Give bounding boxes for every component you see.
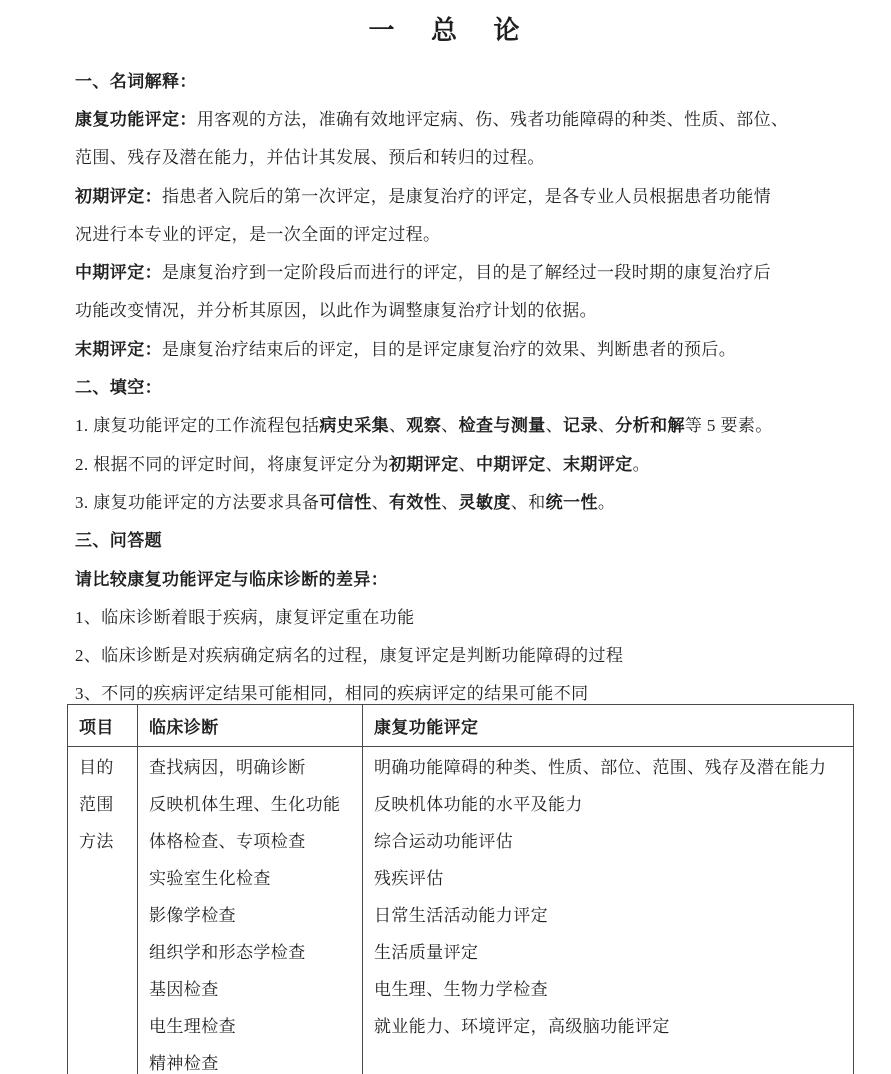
bold-text-segment: 二、填空： <box>75 373 162 398</box>
cell-rehab-assessment: 明确功能障碍的种类、性质、部位、范围、残存及潜在能力 <box>363 747 854 784</box>
document-page: 一 总 论 一、名词解释：康复功能评定：用客观的方法，准确有效地评定病、伤、残者… <box>0 0 891 1074</box>
text-segment: 3、不同的疾病评定结果可能相同，相同的疾病评定的结果可能不同 <box>75 679 589 704</box>
cell-clinical-diagnosis: 影像学检查 <box>138 895 363 932</box>
table-row: 方法体格检查、专项检查综合运动功能评估 <box>68 821 854 858</box>
bold-text-segment: 末期评定 <box>563 450 633 475</box>
bold-text-segment: 灵敏度 <box>459 488 511 513</box>
text-segment: 。 <box>633 450 650 475</box>
cell-rehab-assessment: 反映机体功能的水平及能力 <box>363 784 854 821</box>
cell-item <box>68 1043 138 1074</box>
table-row: 目的查找病因，明确诊断明确功能障碍的种类、性质、部位、范围、残存及潜在能力 <box>68 747 854 784</box>
cell-item: 范围 <box>68 784 138 821</box>
cell-rehab-assessment: 电生理、生物力学检查 <box>363 969 854 1006</box>
bold-text-segment: 三、问答题 <box>75 526 162 551</box>
para-interim-assessment-line1: 中期评定：是康复治疗到一定阶段后而进行的评定，目的是了解经过一段时期的康复治疗后 <box>0 251 891 289</box>
para-rehab-assessment-def-line1: 康复功能评定：用客观的方法，准确有效地评定病、伤、残者功能障碍的种类、性质、部位… <box>0 98 891 136</box>
cell-item: 方法 <box>68 821 138 858</box>
table-row: 精神检查 <box>68 1043 854 1074</box>
text-segment: 、 <box>546 450 563 475</box>
bold-text-segment: 中期评定 <box>476 450 546 475</box>
text-segment: 、和 <box>511 488 546 513</box>
bold-text-segment: 初期评定： <box>75 182 162 207</box>
table-row: 实验室生化检查残疾评估 <box>68 858 854 895</box>
table-row: 范围反映机体生理、生化功能反映机体功能的水平及能力 <box>68 784 854 821</box>
cell-rehab-assessment: 就业能力、环境评定，高级脑功能评定 <box>363 1006 854 1043</box>
text-segment: 1、临床诊断着眼于疾病，康复评定重在功能 <box>75 603 415 628</box>
qa-answer-1: 1、临床诊断着眼于疾病，康复评定重在功能 <box>0 596 891 634</box>
text-segment: 、 <box>598 411 615 436</box>
bold-text-segment: 中期评定： <box>75 258 162 283</box>
cell-clinical-diagnosis: 实验室生化检查 <box>138 858 363 895</box>
table-header-cell: 项目 <box>68 705 138 747</box>
para-initial-assessment-line1: 初期评定：指患者入院后的第一次评定，是康复治疗的评定，是各专业人员根据患者功能情 <box>0 175 891 213</box>
table-header-cell: 临床诊断 <box>138 705 363 747</box>
bold-text-segment: 观察 <box>406 411 441 436</box>
cell-item <box>68 969 138 1006</box>
cell-item <box>68 858 138 895</box>
cell-clinical-diagnosis: 查找病因，明确诊断 <box>138 747 363 784</box>
text-segment: 3. 康复功能评定的方法要求具备 <box>75 488 319 513</box>
fill-blank-item-3: 3. 康复功能评定的方法要求具备可信性、有效性、灵敏度、和统一性。 <box>0 481 891 519</box>
cell-clinical-diagnosis: 反映机体生理、生化功能 <box>138 784 363 821</box>
text-segment: 、 <box>372 488 389 513</box>
fill-blank-item-1: 1. 康复功能评定的工作流程包括病史采集、观察、检查与测量、记录、分析和解等 5… <box>0 405 891 443</box>
bold-text-segment: 末期评定： <box>75 335 162 360</box>
qa-answer-2: 2、临床诊断是对疾病确定病名的过程，康复评定是判断功能障碍的过程 <box>0 634 891 672</box>
fill-blank-item-2: 2. 根据不同的评定时间，将康复评定分为初期评定、中期评定、末期评定。 <box>0 443 891 481</box>
comparison-table: 项目临床诊断康复功能评定 目的查找病因，明确诊断明确功能障碍的种类、性质、部位、… <box>67 704 854 1074</box>
text-segment: 2. 根据不同的评定时间，将康复评定分为 <box>75 450 389 475</box>
bold-text-segment: 检查与测量 <box>459 411 546 436</box>
bold-text-segment: 病史采集 <box>319 411 389 436</box>
text-segment: 2、临床诊断是对疾病确定病名的过程，康复评定是判断功能障碍的过程 <box>75 641 623 666</box>
text-segment: 况进行本专业的评定，是一次全面的评定过程。 <box>75 220 440 245</box>
cell-item: 目的 <box>68 747 138 784</box>
text-segment: 范围、残存及潜在能力，并估计其发展、预后和转归的过程。 <box>75 143 545 168</box>
cell-rehab-assessment: 生活质量评定 <box>363 932 854 969</box>
para-initial-assessment-line2: 况进行本专业的评定，是一次全面的评定过程。 <box>0 213 891 251</box>
section-heading-definitions: 一、名词解释： <box>0 60 891 98</box>
comparison-table-wrapper: 项目临床诊断康复功能评定 目的查找病因，明确诊断明确功能障碍的种类、性质、部位、… <box>67 704 853 1074</box>
cell-clinical-diagnosis: 体格检查、专项检查 <box>138 821 363 858</box>
cell-clinical-diagnosis: 精神检查 <box>138 1043 363 1074</box>
table-row: 组织学和形态学检查生活质量评定 <box>68 932 854 969</box>
para-interim-assessment-line2: 功能改变情况，并分析其原因，以此作为调整康复治疗计划的依据。 <box>0 290 891 328</box>
cell-rehab-assessment: 综合运动功能评估 <box>363 821 854 858</box>
cell-item <box>68 932 138 969</box>
bold-text-segment: 可信性 <box>319 488 371 513</box>
table-row: 电生理检查就业能力、环境评定，高级脑功能评定 <box>68 1006 854 1043</box>
text-segment: 。 <box>598 488 615 513</box>
bold-text-segment: 初期评定 <box>389 450 459 475</box>
cell-clinical-diagnosis: 基因检查 <box>138 969 363 1006</box>
bold-text-segment: 有效性 <box>389 488 441 513</box>
cell-item <box>68 895 138 932</box>
section-heading-qa: 三、问答题 <box>0 520 891 558</box>
comparison-table-header: 项目临床诊断康复功能评定 <box>68 705 854 747</box>
text-segment: 功能改变情况，并分析其原因，以此作为调整康复治疗计划的依据。 <box>75 296 597 321</box>
cell-item <box>68 1006 138 1043</box>
section-heading-fill-blanks: 二、填空： <box>0 366 891 404</box>
bold-text-segment: 一、名词解释： <box>75 67 197 92</box>
comparison-table-body: 目的查找病因，明确诊断明确功能障碍的种类、性质、部位、范围、残存及潜在能力范围反… <box>68 747 854 1074</box>
text-segment: 用客观的方法，准确有效地评定病、伤、残者功能障碍的种类、性质、部位、 <box>197 105 789 130</box>
text-segment: 、 <box>459 450 476 475</box>
cell-rehab-assessment <box>363 1043 854 1074</box>
table-header-row: 项目临床诊断康复功能评定 <box>68 705 854 747</box>
text-segment: 是康复治疗到一定阶段后而进行的评定，目的是了解经过一段时期的康复治疗后 <box>162 258 771 283</box>
bold-text-segment: 请比较康复功能评定与临床诊断的差异： <box>75 565 388 590</box>
text-segment: 、 <box>441 488 458 513</box>
cell-clinical-diagnosis: 电生理检查 <box>138 1006 363 1043</box>
cell-rehab-assessment: 日常生活活动能力评定 <box>363 895 854 932</box>
bold-text-segment: 记录 <box>563 411 598 436</box>
text-segment: 、 <box>389 411 406 436</box>
bold-text-segment: 分析和解 <box>615 411 685 436</box>
table-row: 影像学检查日常生活活动能力评定 <box>68 895 854 932</box>
para-rehab-assessment-def-line2: 范围、残存及潜在能力，并估计其发展、预后和转归的过程。 <box>0 137 891 175</box>
text-segment: 是康复治疗结束后的评定，目的是评定康复治疗的效果、判断患者的预后。 <box>162 335 736 360</box>
text-segment: 等 5 要素。 <box>685 411 773 436</box>
cell-clinical-diagnosis: 组织学和形态学检查 <box>138 932 363 969</box>
cell-rehab-assessment: 残疾评估 <box>363 858 854 895</box>
para-final-assessment: 末期评定：是康复治疗结束后的评定，目的是评定康复治疗的效果、判断患者的预后。 <box>0 328 891 366</box>
page-title: 一 总 论 <box>0 0 891 49</box>
text-segment: 、 <box>441 411 458 436</box>
table-row: 基因检查电生理、生物力学检查 <box>68 969 854 1006</box>
text-segment: 1. 康复功能评定的工作流程包括 <box>75 411 319 436</box>
document-content: 一、名词解释：康复功能评定：用客观的方法，准确有效地评定病、伤、残者功能障碍的种… <box>0 60 891 711</box>
bold-text-segment: 统一性 <box>546 488 598 513</box>
bold-text-segment: 康复功能评定： <box>75 105 197 130</box>
qa-question: 请比较康复功能评定与临床诊断的差异： <box>0 558 891 596</box>
table-header-cell: 康复功能评定 <box>363 705 854 747</box>
text-segment: 、 <box>546 411 563 436</box>
text-segment: 指患者入院后的第一次评定，是康复治疗的评定，是各专业人员根据患者功能情 <box>162 182 771 207</box>
